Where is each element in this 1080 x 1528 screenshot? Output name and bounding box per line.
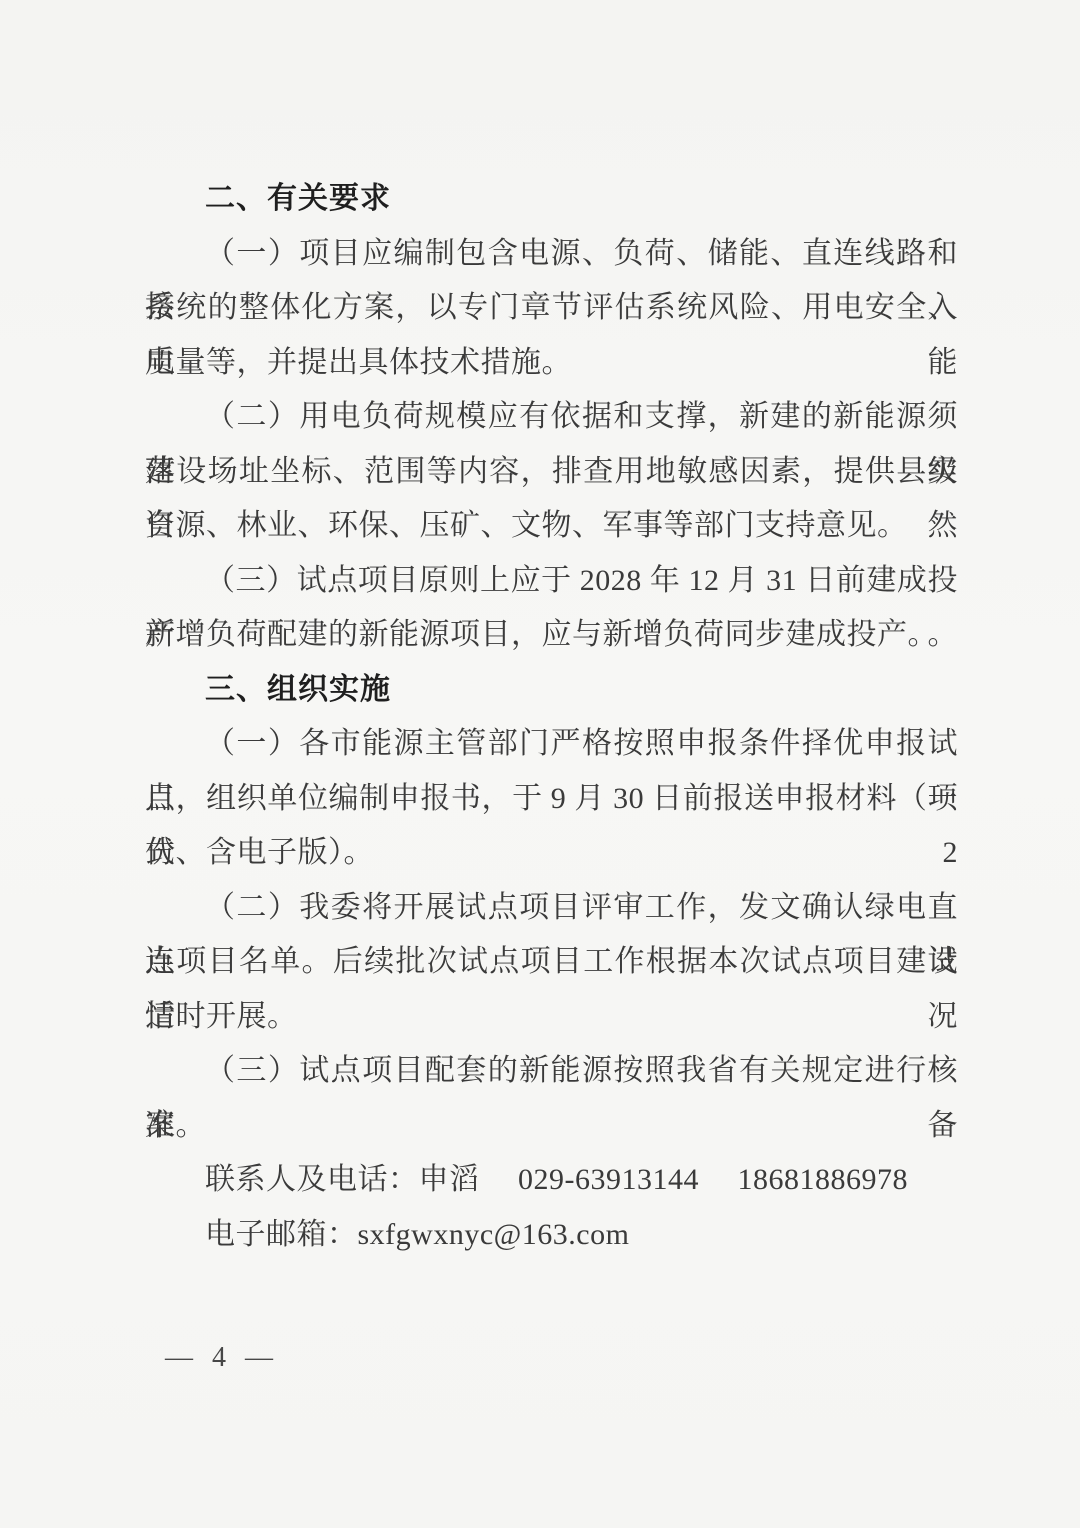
paragraph-line: （一）各市能源主管部门严格按照申报条件择优申报试点项 (145, 717, 958, 772)
paragraph-line: （三）试点项目配套的新能源按照我省有关规定进行核准备 (145, 1044, 958, 1099)
contact-email-line: 电子邮箱：sxfgwxnyc@163.com (145, 1208, 958, 1263)
paragraph-line: 目，组织单位编制申报书，于 9 月 30 日前报送申报材料（一式 2 (145, 772, 958, 827)
paragraph-line: 点项目名单。后续批次试点项目工作根据本次试点项目建设情况 (145, 935, 958, 990)
paragraph-line: （一）项目应编制包含电源、负荷、储能、直连线路和接入 (145, 227, 958, 282)
document-body: 二、有关要求 （一）项目应编制包含电源、负荷、储能、直连线路和接入 系统的整体化… (145, 172, 958, 1262)
paragraph-line: 新增负荷配建的新能源项目，应与新增负荷同步建成投产。 (145, 608, 958, 663)
section-heading-requirements: 二、有关要求 (145, 172, 958, 227)
contact-phone-line: 联系人及电话：申滔 029-63913144 18681886978 (145, 1153, 958, 1208)
section-heading-implementation: 三、组织实施 (145, 663, 958, 718)
document-page: 二、有关要求 （一）项目应编制包含电源、负荷、储能、直连线路和接入 系统的整体化… (0, 0, 1080, 1528)
paragraph-line: 资源、林业、环保、压矿、文物、军事等部门支持意见。 (145, 499, 958, 554)
paragraph-line: （三）试点项目原则上应于 2028 年 12 月 31 日前建成投产。 (145, 554, 958, 609)
page-number: — 4 — (165, 1342, 279, 1374)
paragraph-line: （二）用电负荷规模应有依据和支撑，新建的新能源须落实 (145, 390, 958, 445)
paragraph-line: 系统的整体化方案，以专门章节评估系统风险、用电安全、电能 (145, 281, 958, 336)
paragraph-line: 建设场址坐标、范围等内容，排查用地敏感因素，提供县级自然 (145, 445, 958, 500)
paragraph-line: （二）我委将开展试点项目评审工作，发文确认绿电直连试 (145, 881, 958, 936)
